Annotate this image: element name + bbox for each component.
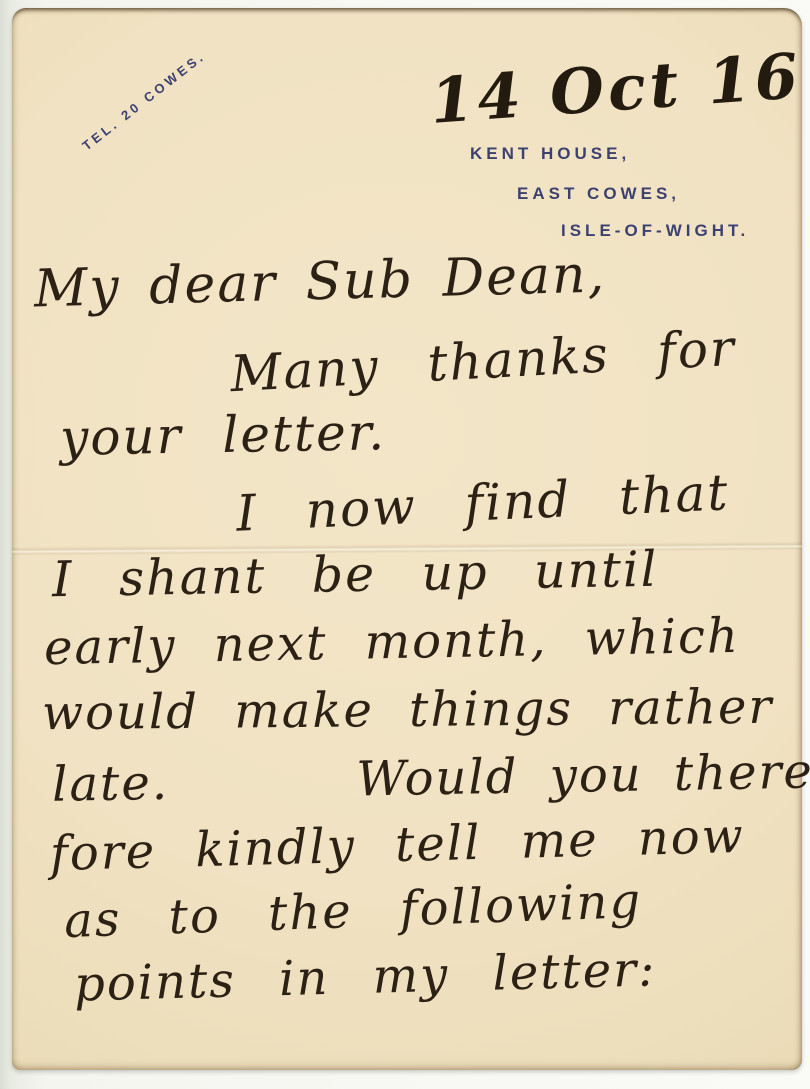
body-line: would make things rather (42, 683, 774, 737)
body-line: fore kindly tell me now (49, 812, 745, 878)
handwritten-date: 14 Oct 16 (428, 39, 804, 138)
telephone-imprint: TEL. 20 COWES. (79, 48, 208, 153)
letterhead-line-town: EAST COWES, (517, 184, 680, 204)
body-line: as to the following (63, 877, 642, 945)
body-line: I now find that (235, 467, 730, 538)
body-line: Many thanks for (229, 323, 737, 399)
salutation-line: My dear Sub Dean, (33, 249, 606, 316)
letterhead-line-house: KENT HOUSE, (470, 144, 630, 164)
body-line: late. Would you there- (52, 747, 810, 809)
scan-background: TEL. 20 COWES. 14 Oct 16 KENT HOUSE, EAS… (0, 0, 810, 1089)
letter-paper: TEL. 20 COWES. 14 Oct 16 KENT HOUSE, EAS… (12, 8, 802, 1070)
body-line: your letter. (60, 407, 387, 463)
body-line: early next month, which (44, 612, 741, 672)
body-line: I shant be up until (52, 545, 659, 605)
body-line: points in my letter: (73, 945, 656, 1008)
letterhead-line-county: ISLE-OF-WIGHT. (561, 221, 749, 241)
